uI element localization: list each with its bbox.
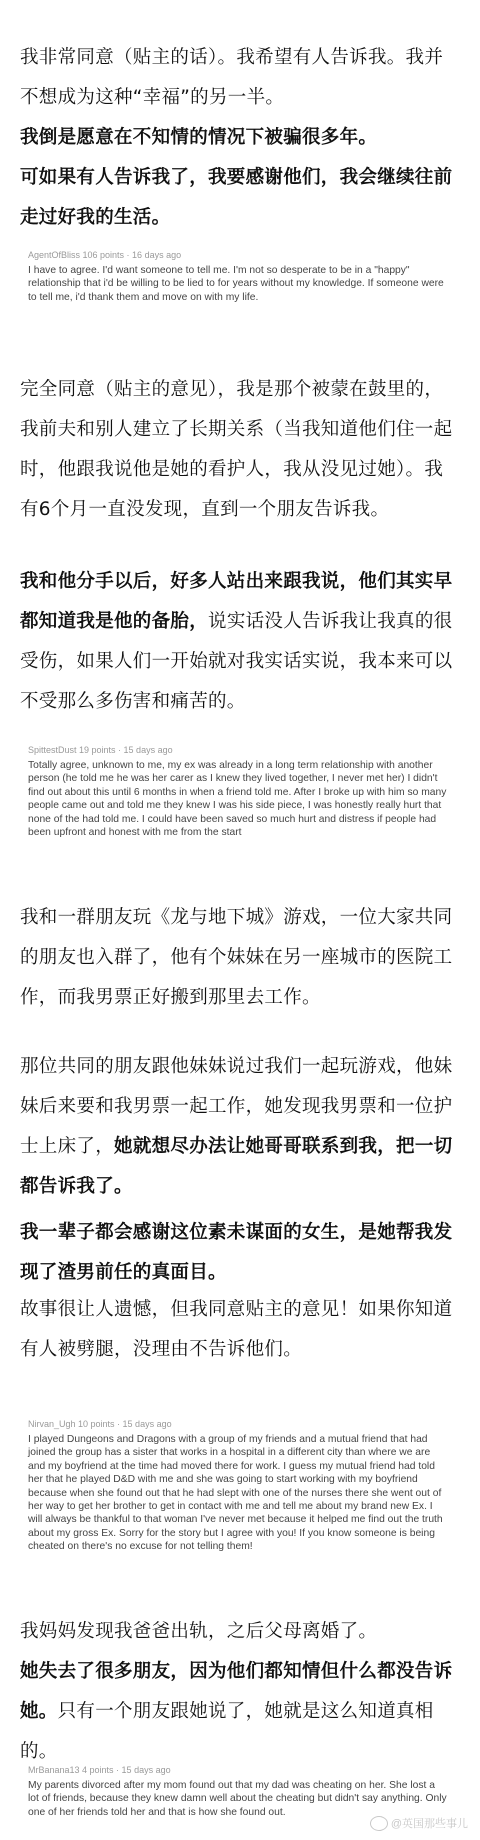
translation-paragraph: 那位共同的朋友跟他妹妹说过我们一起玩游戏，他妹妹后来要和我男票一起工作，她发现我… <box>20 1047 460 1207</box>
reddit-comment-screenshot: AgentOfBliss 106 points · 16 days ago I … <box>28 249 448 304</box>
paragraph-text: 完全同意（贴主的意见），我是那个被蒙在鼓里的，我前夫和别人建立了长期关系（当我知… <box>20 379 452 520</box>
reddit-comment-screenshot: Nirvan_Ugh 10 points · 15 days ago I pla… <box>28 1418 448 1554</box>
translation-paragraph: 我倒是愿意在不知情的情况下被骗很多年。 <box>20 118 460 158</box>
comment-body: Totally agree, unknown to me, my ex was … <box>28 759 448 839</box>
paragraph-text: 故事很让人遗憾，但我同意贴主的意见！如果你知道有人被劈腿，没理由不告诉他们。 <box>20 1299 452 1360</box>
paragraph-text: 只有一个朋友跟她说了，她就是这么知道真相的。 <box>20 1701 434 1762</box>
translation-paragraph: 我和一群朋友玩《龙与地下城》游戏，一位大家共同的朋友也入群了，他有个妹妹在另一座… <box>20 898 460 1018</box>
watermark-text: @英国那些事儿 <box>391 1815 468 1831</box>
paragraph-text: 我非常同意（贴主的话）。我希望有人告诉我。我并不想成为这种“幸福”的另一半。 <box>20 47 443 108</box>
translation-paragraph: 我一辈子都会感谢这位素未谋面的女生，是她帮我发现了渣男前任的真面目。 <box>20 1213 460 1293</box>
comment-meta: Nirvan_Ugh 10 points · 15 days ago <box>28 1418 448 1430</box>
paragraph-text: 我一辈子都会感谢这位素未谋面的女生，是她帮我发现了渣男前任的真面目。 <box>20 1222 452 1283</box>
paragraph-text: 我和一群朋友玩《龙与地下城》游戏，一位大家共同的朋友也入群了，他有个妹妹在另一座… <box>20 907 452 1008</box>
reddit-comment-screenshot: SpittestDust 19 points · 15 days ago Tot… <box>28 744 448 839</box>
reddit-comment-screenshot: MrBanana13 4 points · 15 days ago My par… <box>28 1764 448 1819</box>
weibo-watermark: @英国那些事儿 <box>370 1815 468 1831</box>
translation-paragraph: 故事很让人遗憾，但我同意贴主的意见！如果你知道有人被劈腿，没理由不告诉他们。 <box>20 1290 460 1370</box>
translation-paragraph: 我妈妈发现我爸爸出轨，之后父母离婚了。 <box>20 1612 460 1652</box>
comment-body: My parents divorced after my mom found o… <box>28 1779 448 1819</box>
comment-body: I have to agree. I'd want someone to tel… <box>28 264 448 304</box>
translation-paragraph: 我非常同意（贴主的话）。我希望有人告诉我。我并不想成为这种“幸福”的另一半。 <box>20 38 460 118</box>
paragraph-text: 可如果有人告诉我了，我要感谢他们，我会继续往前走过好我的生活。 <box>20 167 452 228</box>
comment-meta: SpittestDust 19 points · 15 days ago <box>28 744 448 756</box>
paragraph-text: 我倒是愿意在不知情的情况下被骗很多年。 <box>20 127 377 148</box>
comment-meta: AgentOfBliss 106 points · 16 days ago <box>28 249 448 261</box>
translation-paragraph: 可如果有人告诉我了，我要感谢他们，我会继续往前走过好我的生活。 <box>20 158 460 238</box>
comment-meta: MrBanana13 4 points · 15 days ago <box>28 1764 448 1776</box>
translation-paragraph: 我和他分手以后，好多人站出来跟我说，他们其实早都知道我是他的备胎，说实话没人告诉… <box>20 562 460 722</box>
translation-paragraph: 她失去了很多朋友，因为他们都知情但什么都没告诉她。只有一个朋友跟她说了，她就是这… <box>20 1652 460 1772</box>
comment-body: I played Dungeons and Dragons with a gro… <box>28 1433 448 1554</box>
weibo-icon <box>370 1816 388 1831</box>
paragraph-text: 我妈妈发现我爸爸出轨，之后父母离婚了。 <box>20 1621 377 1642</box>
translation-paragraph: 完全同意（贴主的意见），我是那个被蒙在鼓里的，我前夫和别人建立了长期关系（当我知… <box>20 370 460 530</box>
